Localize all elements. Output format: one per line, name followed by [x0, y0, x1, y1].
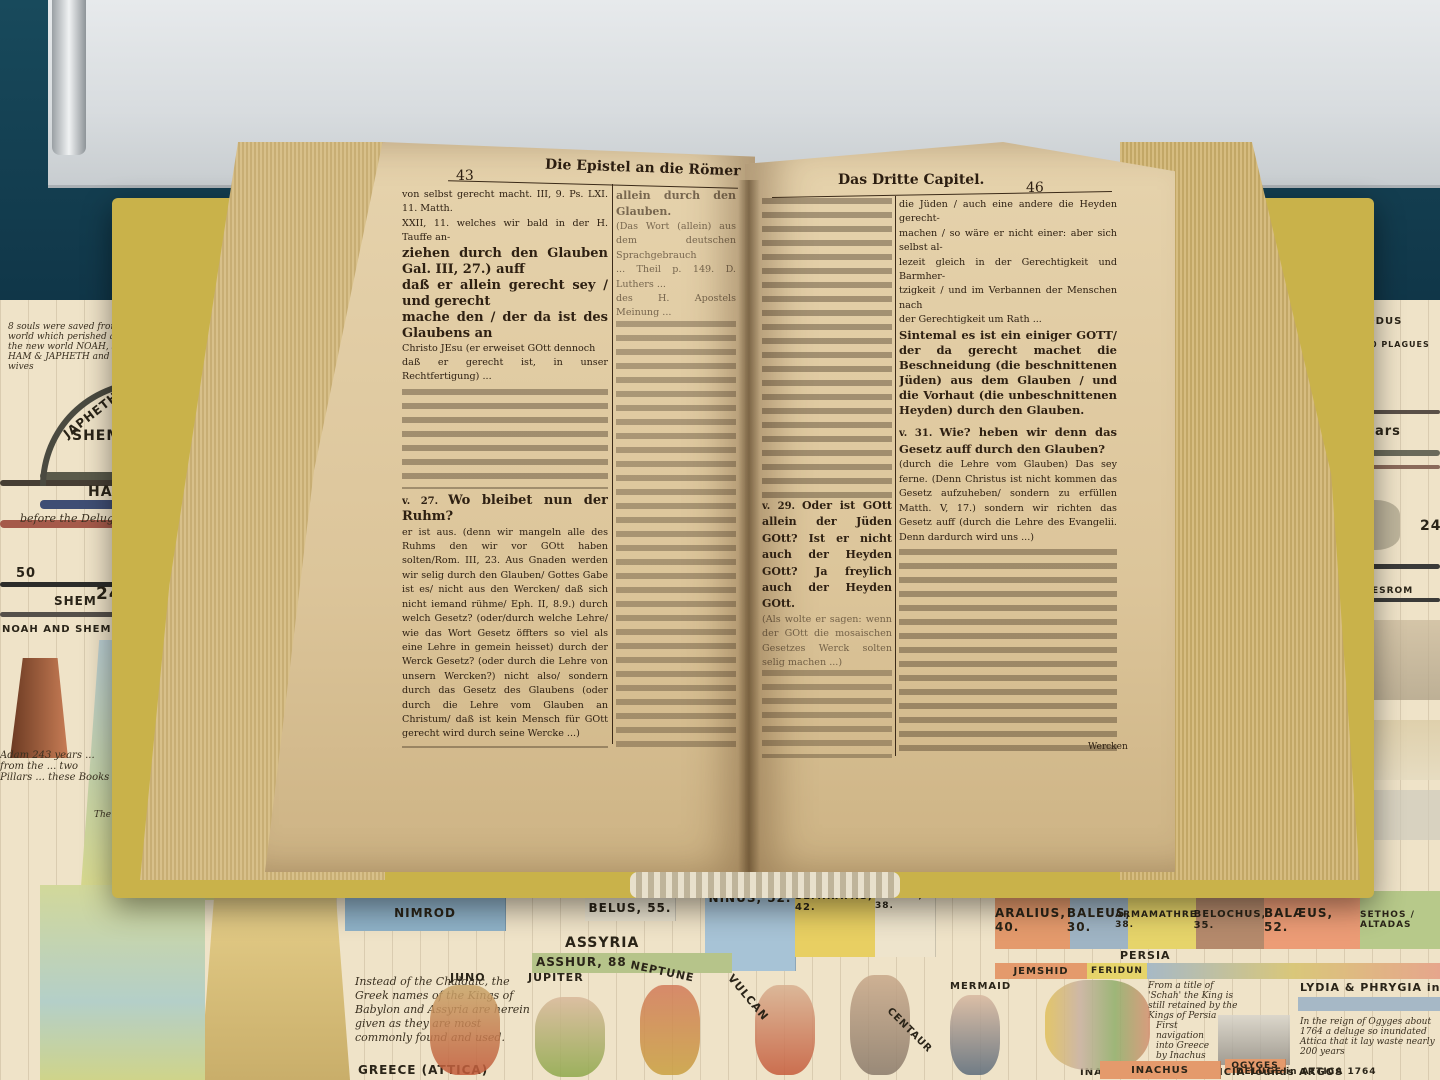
verse-27-label: v. 27.	[402, 496, 438, 507]
chart-label-assyria: ASSYRIA	[565, 935, 639, 951]
text-line: daß er gerecht ist, in unser Rechtfertig…	[402, 356, 608, 385]
text-line: die Jüden / auch eine andere die Heyden …	[899, 198, 1117, 227]
spine-binding	[630, 872, 900, 898]
chart-label-50: 50	[16, 566, 36, 581]
ruler-aralius: ARALIUS, 40.	[995, 891, 1071, 949]
sintemal-passage: Sintemal es ist ein einiger GOTT/ der da…	[899, 328, 1117, 418]
deity-label-juno: JUNO	[450, 971, 486, 984]
ruler-feridun: FERIDUN	[1087, 963, 1148, 979]
text-line: mache den / der da ist des Glaubens an	[402, 310, 608, 342]
chart-bottom-section: NIMROD BELUS, 55. NINUS, 52. SEMIRAMIS, …	[0, 885, 1440, 1080]
text-block-filler	[402, 746, 608, 748]
mermaid-illustration	[950, 995, 1000, 1075]
deity-label-mermaid: MERMAID	[950, 981, 1011, 992]
text-line: daß er allein gerecht sey / und gerecht	[402, 278, 608, 310]
text-line: allein durch den Glauben.	[616, 188, 736, 220]
chart-label-esrom: ESROM	[1372, 586, 1413, 596]
ruler-jemshid: JEMSHID	[995, 963, 1088, 979]
persia-band	[1147, 963, 1440, 979]
verse-29-label: v. 29.	[762, 501, 795, 512]
whiteboard-clip	[52, 0, 86, 155]
text-line: der Gerechtigkeit um Rath ...	[899, 313, 1117, 327]
text-line: ziehen durch den Glauben Gal. III, 27.) …	[402, 246, 608, 278]
river-landscape-illustration	[40, 885, 205, 1080]
text-line: XXII, 11. welches wir bald in der H. Tau…	[402, 217, 608, 246]
text-line: machen / so wäre er nicht einer: aber si…	[899, 227, 1117, 256]
text-line: (Das Wort (allein) aus dem deutschen Spr…	[616, 220, 736, 263]
left-page-column-1: von selbst gerecht macht. III, 9. Ps. LX…	[402, 188, 608, 748]
verse-29-text: (Als wolte er sagen: wenn der GOtt die m…	[762, 613, 892, 671]
pillar-illustration	[10, 658, 68, 758]
catchword: Wercken	[1088, 742, 1128, 752]
deity-label-jupiter: JUPITER	[528, 971, 584, 984]
verse-27-text: er ist aus. (denn wir mangeln alle des R…	[402, 526, 608, 742]
text-block-filler	[762, 198, 892, 498]
text-line: von selbst gerecht macht. III, 9. Ps. LX…	[402, 188, 608, 217]
ruler-nimrod: NIMROD	[345, 895, 506, 931]
right-page-column-1: v. 29. Oder ist GOtt allein der Jüden GO…	[762, 198, 892, 758]
column-rule	[895, 196, 896, 756]
ruler-semiramis: SEMIRAMIS, 42.	[795, 891, 876, 957]
text-line: des H. Apostels Meinung ...	[616, 292, 736, 321]
column-rule	[612, 184, 613, 744]
lydia-band	[1298, 997, 1440, 1011]
ruler-belus: BELUS, 55.	[585, 895, 676, 921]
jupiter-illustration	[535, 997, 605, 1077]
deluge-sea-illustration	[1218, 1015, 1290, 1065]
verse-31-label: v. 31.	[899, 428, 932, 439]
verse-31-heading: Wie? heben wir denn das Gesetz auff durc…	[899, 425, 1117, 456]
chart-label-persia: PERSIA	[1120, 949, 1171, 962]
chart-label-noah-and-shem: NOAH AND SHEM	[2, 624, 111, 635]
ruler-belochus: BELOCHUS, 35.	[1196, 891, 1265, 949]
chart-label-deluge-attica: DELUGE in ATTICA 1764	[1236, 1067, 1377, 1077]
chart-note-before-deluge: before the Deluge	[20, 512, 121, 525]
text-block-filler	[762, 670, 892, 758]
book-gutter	[738, 180, 760, 880]
text-block-filler	[402, 389, 608, 489]
text-line: Christo JEsu (er erweiset GOtt dennoch	[402, 342, 608, 356]
ruler-ninyas: NINYAS, 38.	[875, 891, 936, 957]
vulcan-illustration	[755, 985, 815, 1075]
text-line: ... Theil p. 149. D. Luthers ...	[616, 263, 736, 292]
chart-note-ogyges-deluge: In the reign of Ogyges about 1764 a delu…	[1300, 1017, 1440, 1057]
chart-label-shem: SHEM	[54, 594, 97, 608]
ruler-balaeus: BALÆUS, 52.	[1264, 891, 1361, 949]
text-block-filler	[899, 549, 1117, 758]
tower-of-babel-illustration	[200, 885, 350, 1080]
chart-label-24-right: 24	[1420, 518, 1440, 534]
verse-31-text: (durch die Lehre vom Glauben) Das sey fe…	[899, 458, 1117, 544]
ruler-armamathres: ARMAMATHRES, 38.	[1128, 891, 1197, 949]
left-page-column-2: allein durch den Glauben. (Das Wort (all…	[616, 188, 736, 748]
inachus-figures-illustration	[1045, 980, 1150, 1070]
ruler-sethos: SETHOS / ALTADAS	[1360, 891, 1440, 949]
verse-29-heading: Oder ist GOtt allein der Jüden GOtt? Ist…	[762, 499, 892, 610]
right-running-head: Das Dritte Capitel.	[838, 172, 984, 188]
ruler-inachus: INACHUS	[1100, 1061, 1221, 1079]
text-line: tzigkeit / und im Verbannen der Menschen…	[899, 284, 1117, 313]
right-page-number: 46	[1026, 180, 1044, 196]
text-block-filler	[616, 321, 736, 748]
right-page-column-2: die Jüden / auch eine andere die Heyden …	[899, 198, 1117, 758]
neptune-illustration	[640, 985, 700, 1075]
text-line: lezeit gleich in der Gerechtigkeit und B…	[899, 256, 1117, 285]
chart-label-lydia-phrygia: LYDIA & PHRYGIA in ASIA	[1300, 981, 1440, 994]
juno-illustration	[430, 985, 500, 1075]
chart-label-asshur: ASSHUR, 88	[536, 955, 627, 969]
chart-note-adam-pillars: Adam 243 years ... from the ... two Pill…	[0, 750, 110, 783]
